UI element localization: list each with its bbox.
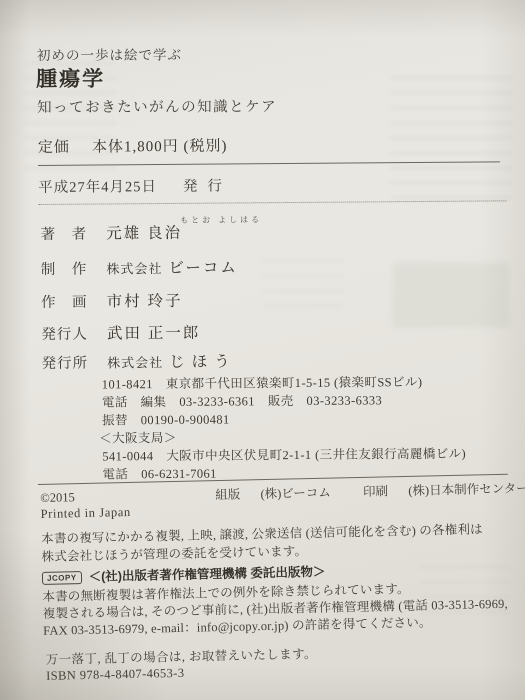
typeset-company: (株)ビーコム xyxy=(260,486,331,502)
printed-in-japan: Printed in Japan xyxy=(40,505,130,522)
replacement-notice: 万一落丁, 乱丁の場合は, お取替えいたします。 xyxy=(46,644,317,668)
isbn-number: ISBN 978-4-8407-4653-3 xyxy=(46,666,185,684)
copyright-year: ©2015 xyxy=(40,490,75,506)
typeset-label: 組版 xyxy=(215,488,240,503)
jcopy-logo-badge: JCOPY xyxy=(42,571,82,585)
print-label: 印刷 xyxy=(363,484,388,499)
production-credits-line: 組版 (株)ビーコム 印刷 (株)日本制作センター xyxy=(215,478,525,503)
print-company: (株)日本制作センター xyxy=(408,481,525,498)
book-colophon-page: 初めの一歩は絵で学ぶ 腫瘍学 知っておきたいがんの知識とケア 定価本体1,800… xyxy=(0,0,525,700)
